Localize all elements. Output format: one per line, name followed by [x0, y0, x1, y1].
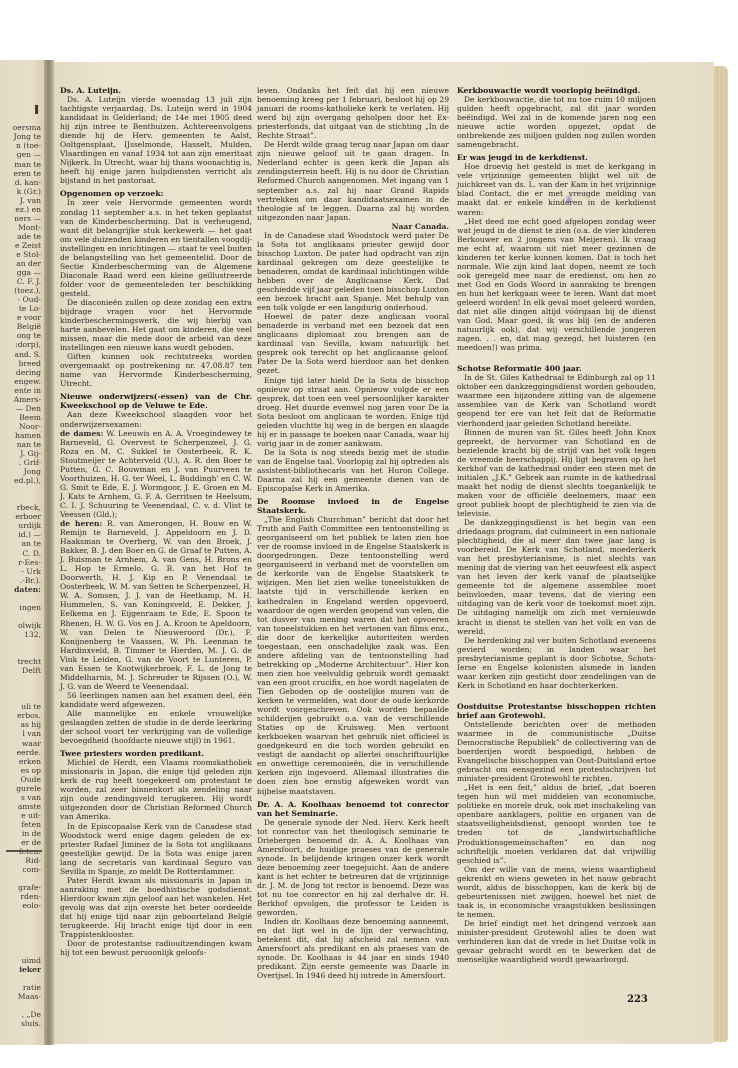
facing-page-line: k (Gr.) [0, 187, 44, 196]
article-paragraph: de heren: R. van Amerongen, H. Bouw en W… [60, 519, 252, 691]
facing-page-line: waar [0, 739, 44, 748]
facing-page-line: as hij [0, 720, 44, 729]
ink-mark [565, 193, 573, 207]
article-paragraph: Aan deze Kweekschool slaagden voor het o… [60, 410, 252, 428]
facing-page-line: breed [0, 359, 44, 368]
article-paragraph: De brief eindigt met het dringend verzoe… [457, 919, 656, 964]
facing-page-line [0, 693, 44, 702]
facing-page-line: Rid- [0, 856, 44, 865]
facing-page-line: Jong [0, 467, 44, 476]
facing-page-line: Jong te [0, 132, 44, 141]
facing-page-line: - Urk [0, 567, 44, 576]
facing-page-line: eolo- [0, 901, 44, 910]
facing-page-line [0, 78, 44, 87]
facing-page-line: urdijk [0, 521, 44, 530]
facing-page-line: s van [0, 793, 44, 802]
facing-page-line: ratie [0, 983, 44, 992]
book-gutter [44, 60, 54, 1045]
article-paragraph: De diaconieën zullen op deze zondag een … [60, 298, 252, 352]
facing-page-line [0, 974, 44, 983]
article-paragraph: 56 leerlingen namen aan het examen deel,… [60, 691, 252, 709]
facing-page-line: Oude [0, 775, 44, 784]
facing-page-line: J. van [0, 196, 44, 205]
facing-page-line [0, 938, 44, 947]
facing-page-line: rbeck, [0, 503, 44, 512]
facing-page-line [0, 69, 44, 78]
article-paragraph: In de Episcopaalse Kerk van de Canadese … [60, 822, 252, 876]
article-paragraph: „Het is een feit,” aldus de brief, „dat … [457, 783, 656, 864]
page-stack-edge [714, 66, 728, 1042]
facing-page-line: gga — [0, 268, 44, 277]
facing-page-line: ez.) en [0, 205, 44, 214]
facing-page-line: C. F. J. [0, 277, 44, 286]
article-heading: Er was jeugd in de kerkdienst. [457, 153, 656, 162]
facing-page-line: België [0, 322, 44, 331]
facing-page-line: uli te [0, 702, 44, 711]
facing-page-line: dering [0, 368, 44, 377]
article-paragraph: In de St. Giles Kathedraal te Edinburgh … [457, 373, 656, 427]
paragraph-text: W. Leeuwis en A. A. Vroegindewey te Barn… [60, 429, 252, 519]
facing-page-line: er de [0, 838, 44, 847]
article-paragraph: Binnen de muren van St. Giles heeft John… [457, 428, 656, 518]
facing-page-line [0, 485, 44, 494]
facing-page-line: eerde. [0, 748, 44, 757]
facing-page-line: .-Br.). [0, 576, 44, 585]
facing-page-line: e Zeist [0, 241, 44, 250]
facing-page-line: amste [0, 802, 44, 811]
facing-page-line: uimd [0, 956, 44, 965]
article-heading: Opgenomen op verzoek: [60, 189, 252, 198]
facing-page-line: Beem [0, 413, 44, 422]
facing-page-line: man te [0, 160, 44, 169]
article-paragraph: In zeer vele Hervormde gemeenten wordt z… [60, 198, 252, 298]
facing-page-text-fragments: ▌ oersmaJong ten (toe-gen —man teeren te… [0, 60, 44, 1028]
facing-page-line: ▌ [0, 105, 44, 114]
facing-page-line [0, 648, 44, 657]
article-paragraph: De dankzeggingsdienst is het begin van e… [457, 518, 656, 636]
facing-page-line: feten [0, 820, 44, 829]
facing-page-line: com- [0, 865, 44, 874]
facing-page-line [0, 874, 44, 883]
article-paragraph: Enige tijd later hield De la Sota de bis… [257, 376, 449, 448]
facing-page-line [0, 60, 44, 69]
article-paragraph: Indien dr. Koolhaas deze benoeming aanne… [257, 917, 449, 980]
facing-page-line [0, 87, 44, 96]
paragraph-text: leven. Ondanks het feit dat hij een nieu… [257, 86, 449, 140]
facing-page-line: . Grif- [0, 458, 44, 467]
facing-page-line: sluis. [0, 1019, 44, 1028]
paragraph-lead: de dames: [60, 429, 103, 438]
facing-page-line [0, 1001, 44, 1010]
facing-page-line: ners — [0, 214, 44, 223]
facing-page-line [0, 494, 44, 503]
article-paragraph: „The English Churchman” bericht dat door… [257, 515, 449, 795]
article-column-left: Ds. A. Luteijn.Ds. A. Luteijn vierde woe… [60, 86, 252, 957]
facing-page-line: ade te [0, 232, 44, 241]
page-number: 223 [627, 994, 648, 1005]
facing-page-line: J. Gij- [0, 449, 44, 458]
facing-page-line: erken [0, 757, 44, 766]
paragraph-text: R. van Amerongen, H. Bouw en W. Remijn t… [60, 519, 252, 691]
facing-page-line: Amers- [0, 395, 44, 404]
paragraph-lead: de heren: [60, 519, 102, 528]
article-heading: Nieuwe onderwijzers(-essen) van de Chr. … [60, 392, 252, 410]
facing-page-line: gurele [0, 784, 44, 793]
article-paragraph: Hoe droevig het gesteld is met de kerkga… [457, 162, 656, 216]
facing-page-line: e uit- [0, 811, 44, 820]
facing-page-line [0, 919, 44, 928]
article-paragraph: De generale synode der Ned. Herv. Kerk h… [257, 818, 449, 918]
facing-page-line: d. kan- [0, 178, 44, 187]
article-heading: Oostduitse Protestantse bisschoppen rich… [457, 702, 656, 720]
facing-page-line [0, 675, 44, 684]
article-heading: Twee priesters worden predikant. [60, 749, 252, 758]
article-paragraph: „Het deed me echt goed afgelopen zondag … [457, 217, 656, 353]
facing-page-line: (toez.), [0, 286, 44, 295]
facing-page-line [0, 947, 44, 956]
article-paragraph: de dames: W. Leeuwis en A. A. Vroegindew… [60, 429, 252, 519]
facing-page-line: in de [0, 829, 44, 838]
facing-page-line: eren te [0, 169, 44, 178]
facing-page-line [0, 910, 44, 919]
facing-page-line: gen — [0, 150, 44, 159]
article-paragraph: De Herdt wilde graag terug naar Japan om… [257, 140, 449, 221]
facing-page-line: , „De [0, 1010, 44, 1019]
facing-page-line: — Den [0, 404, 44, 413]
facing-page-line: Maas- [0, 992, 44, 1001]
facing-page-line: grafe- [0, 883, 44, 892]
facing-page-line: erboer [0, 512, 44, 521]
article-paragraph: In de Canadese stad Woodstock werd pater… [257, 231, 449, 312]
facing-page-line: ed.pl.), [0, 476, 44, 485]
article-paragraph: Om der wille van de mens, wiens waardigh… [457, 865, 656, 919]
article-paragraph: De kerkbouwactie, die tot nu toe ruim 10… [457, 95, 656, 149]
facing-page-line: rden- [0, 892, 44, 901]
facing-page-edge: ▌ oersmaJong ten (toe-gen —man teeren te… [0, 60, 44, 1045]
facing-page-line: id.) — [0, 530, 44, 539]
article-paragraph: De la Sota is nog steeds bezig met de st… [257, 448, 449, 493]
article-paragraph: Alle mannelijke en enkele vrouwelijke ge… [60, 709, 252, 745]
article-paragraph: leven. Ondanks het feit dat hij een nieu… [257, 86, 449, 140]
facing-page-line: ong te [0, 331, 44, 340]
facing-page-line [0, 114, 44, 123]
facing-page-line: 132, [0, 630, 44, 639]
facing-page-line: an te [0, 539, 44, 548]
facing-page-line: es op [0, 766, 44, 775]
facing-page-line [0, 96, 44, 105]
facing-page-line: r-Ees- [0, 558, 44, 567]
facing-page-line: Noor- [0, 422, 44, 431]
article-column-middle: leven. Ondanks het feit dat hij een nieu… [257, 86, 449, 980]
block-spacer [457, 690, 656, 698]
facing-page-line: e voor [0, 313, 44, 322]
article-paragraph: Ds. A. Luteijn vierde woensdag 13 juli z… [60, 95, 252, 185]
facing-page-line: ieker [0, 965, 44, 974]
facing-page-line: C. D. [0, 549, 44, 558]
facing-page-line: hamen [0, 431, 44, 440]
article-paragraph: Ontstellende berichten over de methoden … [457, 720, 656, 783]
facing-page-line: l van [0, 729, 44, 738]
facing-page-line: ingen [0, 603, 44, 612]
article-heading: Dr. A. A. Koolhaas benoemd tot conrector… [257, 800, 449, 818]
article-paragraph: Giften kunnen ook rechtstreeks worden ov… [60, 352, 252, 388]
facing-page-line: ente in [0, 386, 44, 395]
facing-page-line: and. S. [0, 350, 44, 359]
facing-page-line: n (toe- [0, 141, 44, 150]
facing-page-line: trecht [0, 657, 44, 666]
facing-page-line: te Lo- [0, 304, 44, 313]
article-subheading: Naar Canada. [257, 222, 449, 231]
facing-page-line [0, 639, 44, 648]
article-heading: De Roomse invloed in de Engelse Staatske… [257, 497, 449, 515]
facing-page-line [0, 612, 44, 621]
facing-page-line: oersma [0, 123, 44, 132]
facing-page-line: nan te [0, 440, 44, 449]
article-paragraph: Door de protestantse radiouitzendingen k… [60, 939, 252, 957]
section-rule [6, 850, 42, 852]
article-paragraph: Michiel de Herdt, een Vlaams roomskathol… [60, 758, 252, 821]
facing-page-line: engew. [0, 377, 44, 386]
facing-page-line: olwijk [0, 621, 44, 630]
article-paragraph: Pater Herdt kwam als missionaris in Japa… [60, 876, 252, 939]
block-spacer [457, 352, 656, 360]
facing-page-line: e Stol- [0, 250, 44, 259]
facing-page-line [0, 929, 44, 938]
article-paragraph: Hoewel de pater deze anglicaan vooral be… [257, 312, 449, 375]
facing-page-line: an der [0, 259, 44, 268]
facing-page-line: - Oud- [0, 295, 44, 304]
article-paragraph: De herdenking zal ver buiten Schotland e… [457, 636, 656, 690]
facing-page-line [0, 594, 44, 603]
article-heading: Kerkbouwactie wordt voorlopig beëindigd. [457, 86, 656, 95]
facing-page-line [0, 684, 44, 693]
facing-page-line: daten: [0, 585, 44, 594]
facing-page-line: Mont- [0, 223, 44, 232]
article-heading: Schotse Reformatie 400 jaar. [457, 364, 656, 373]
facing-page-line: erbos. [0, 711, 44, 720]
facing-page-line: Delft [0, 666, 44, 675]
article-heading: Ds. A. Luteijn. [60, 86, 252, 95]
facing-page-line: :dorp), [0, 340, 44, 349]
article-column-right: Kerkbouwactie wordt voorlopig beëindigd.… [457, 86, 656, 964]
